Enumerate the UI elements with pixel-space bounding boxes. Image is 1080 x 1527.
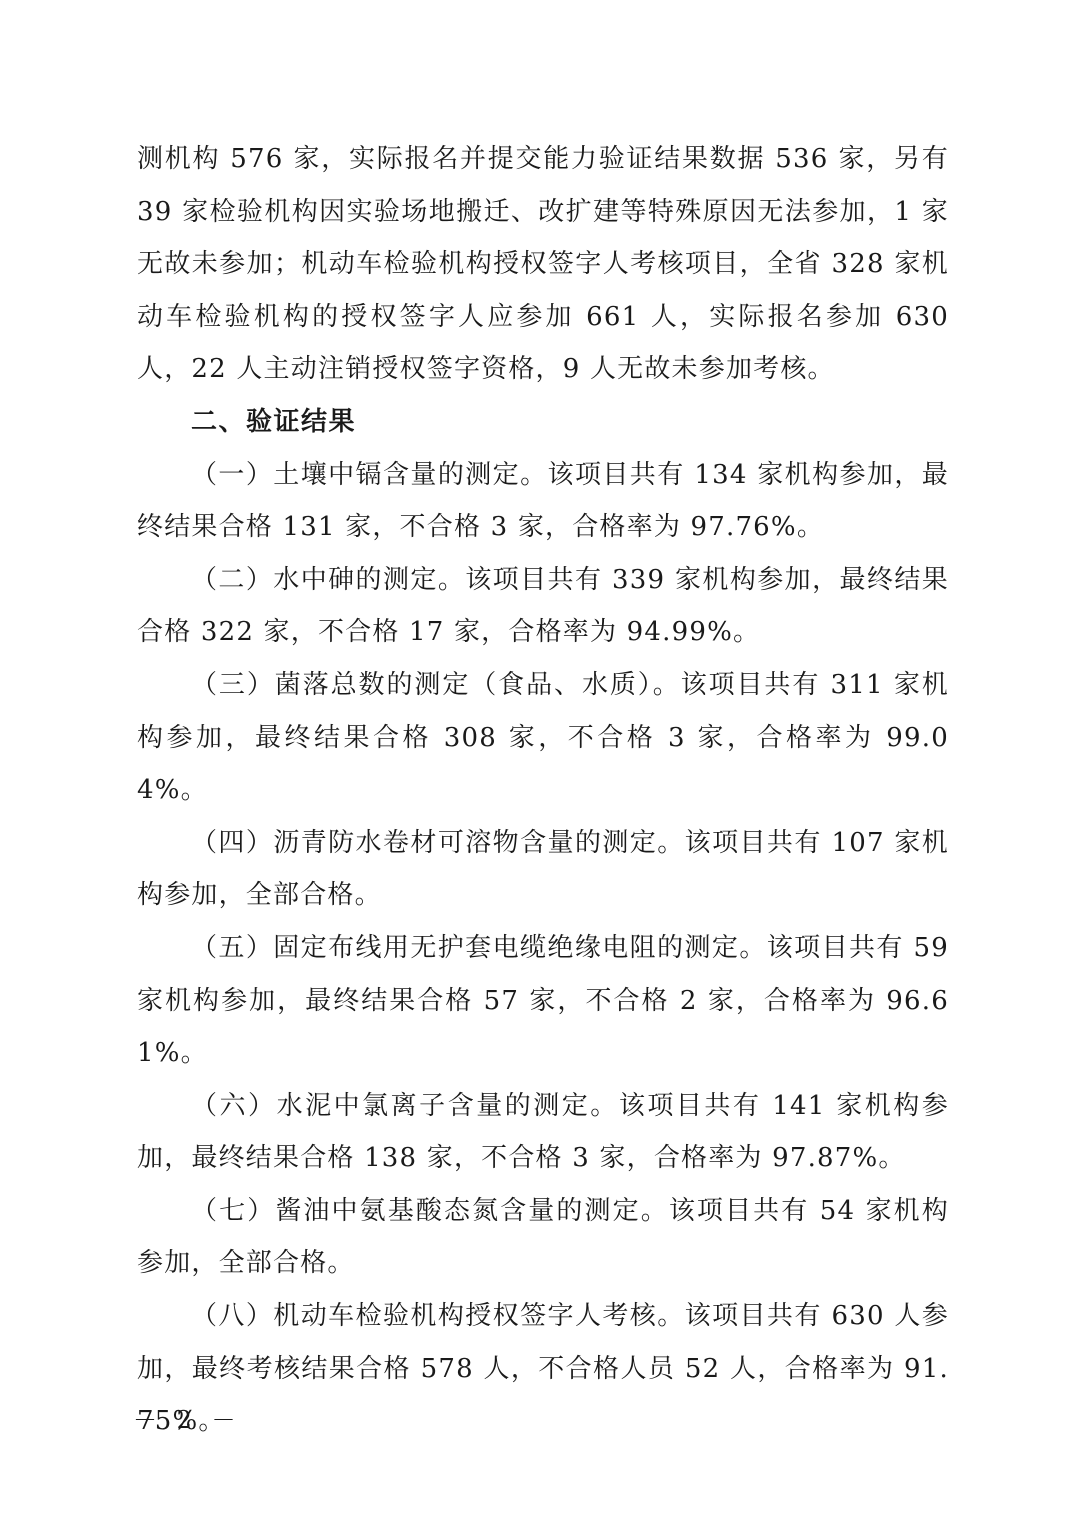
page-number: － 2 －: [133, 1402, 242, 1438]
result-item-5: （五）固定布线用无护套电缆绝缘电阻的测定。该项目共有 59 家机构参加，最终结果…: [137, 922, 949, 1080]
result-item-2: （二）水中砷的测定。该项目共有 339 家机构参加，最终结果合格 322 家，不…: [137, 554, 949, 659]
result-item-6: （六）水泥中氯离子含量的测定。该项目共有 141 家机构参加，最终结果合格 13…: [137, 1080, 949, 1185]
result-item-1: （一）土壤中镉含量的测定。该项目共有 134 家机构参加，最终结果合格 131 …: [137, 449, 949, 554]
result-item-8: （八）机动车检验机构授权签字人考核。该项目共有 630 人参加，最终考核结果合格…: [137, 1290, 949, 1448]
result-item-3: （三）菌落总数的测定（食品、水质）。该项目共有 311 家机构参加，最终结果合格…: [137, 659, 949, 817]
intro-paragraph: 测机构 576 家，实际报名并提交能力验证结果数据 536 家，另有 39 家检…: [137, 133, 949, 396]
document-page: 测机构 576 家，实际报名并提交能力验证结果数据 536 家，另有 39 家检…: [137, 133, 949, 1448]
result-item-4: （四）沥青防水卷材可溶物含量的测定。该项目共有 107 家机构参加，全部合格。: [137, 817, 949, 922]
result-item-7: （七）酱油中氨基酸态氮含量的测定。该项目共有 54 家机构参加，全部合格。: [137, 1185, 949, 1290]
section-heading: 二、验证结果: [137, 396, 949, 449]
